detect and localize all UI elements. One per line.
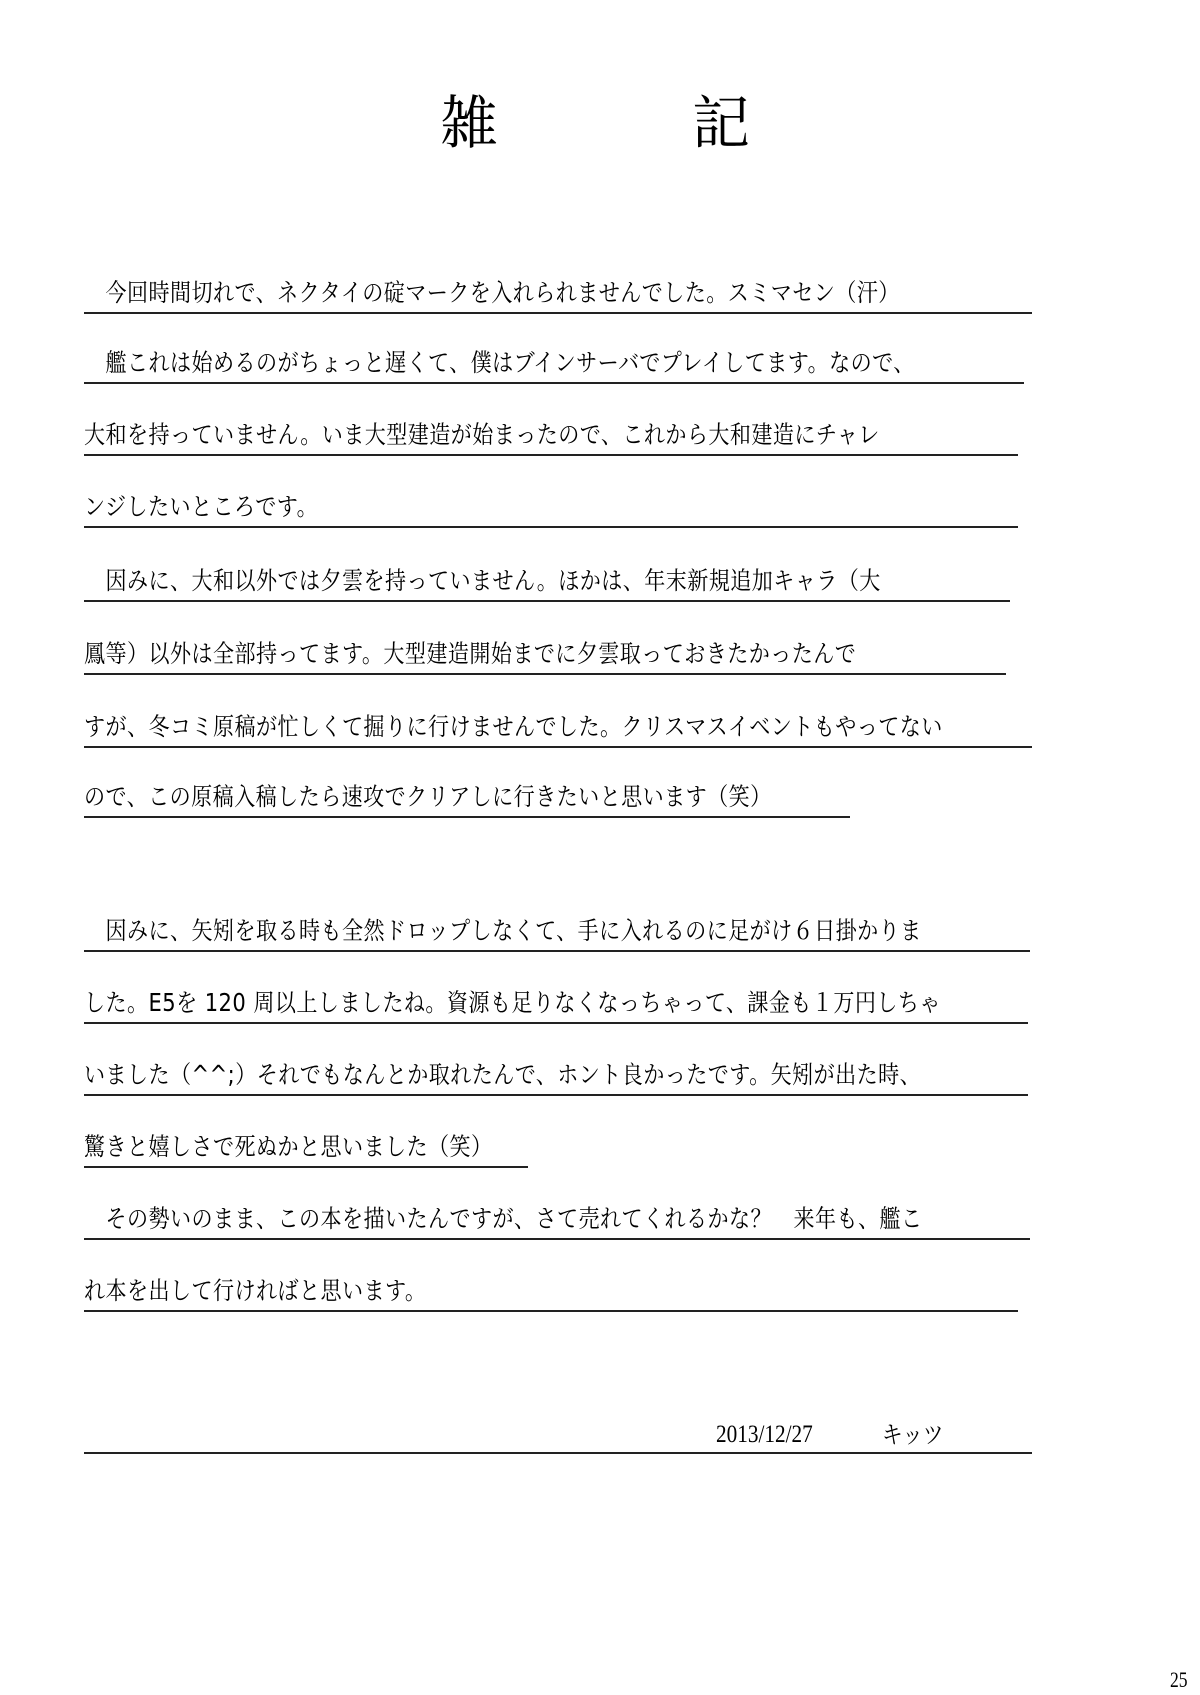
text-line: ンジしたいところです。	[84, 490, 1018, 528]
text-line-content: 鳳等）以外は全部持ってます。大型建造開始までに夕雲取っておきたかったんで	[84, 637, 877, 671]
page-title: 雑 記	[0, 88, 1200, 158]
text-line: れ本を出して行ければと思います。	[84, 1274, 1018, 1312]
text-line: 艦これは始めるのがちょっと遅くて、僕はブインサーバでプレイしてます。なので、	[84, 346, 1024, 384]
text-line: 鳳等）以外は全部持ってます。大型建造開始までに夕雲取っておきたかったんで	[84, 637, 1006, 675]
text-line: すが、冬コミ原稿が忙しくて掘りに行けませんでした。クリスマスイベントもやってない	[84, 710, 1032, 748]
signature-line: 2013/12/27 キッツ	[84, 1416, 1032, 1454]
text-line: 因みに、矢矧を取る時も全然ドロップしなくて、手に入れるのに足がけ６日掛かりま	[84, 914, 1030, 952]
text-line-content: いました（^^;）それでもなんとか取れたんで、ホント良かったです。矢矧が出た時、	[84, 1058, 896, 1092]
text-line-content: 艦これは始めるのがちょっと遅くて、僕はブインサーバでプレイしてます。なので、	[84, 346, 892, 380]
text-line-content: 因みに、大和以外では夕雲を持っていません。ほかは、年末新規追加キャラ（大	[84, 564, 880, 598]
text-line: 大和を持っていません。いま大型建造が始まったので、これから大和建造にチャレ	[84, 418, 1018, 456]
text-line: 今回時間切れで、ネクタイの碇マークを入れられませんでした。スミマセン（汗）	[84, 276, 1032, 314]
text-line: いました（^^;）それでもなんとか取れたんで、ホント良かったです。矢矧が出た時、	[84, 1058, 1028, 1096]
text-line: 驚きと嬉しさで死ぬかと思いました（笑）	[84, 1130, 528, 1168]
text-line: その勢いのまま、この本を描いたんですが、さて売れてくれるかな？ 来年も、艦こ	[84, 1202, 1030, 1240]
text-line-content: 驚きと嬉しさで死ぬかと思いました（笑）	[84, 1130, 466, 1164]
text-line-content: した。E5を 120 周以上しましたね。資源も足りなくなっちゃって、課金も１万円…	[84, 986, 896, 1020]
text-line-content: 大和を持っていません。いま大型建造が始まったので、これから大和建造にチャレ	[84, 418, 887, 452]
text-line-content: 因みに、矢矧を取る時も全然ドロップしなくて、手に入れるのに足がけ６日掛かりま	[84, 914, 898, 948]
title-char-1: 雑	[440, 88, 498, 158]
title-char-2: 記	[692, 88, 750, 158]
text-line-content: れ本を出して行ければと思います。	[84, 1274, 887, 1308]
signature-date: 2013/12/27	[716, 1420, 813, 1450]
text-line-content: ので、この原稿入稿したら速攻でクリアしに行きたいと思います（笑）	[84, 780, 743, 814]
text-line: 因みに、大和以外では夕雲を持っていません。ほかは、年末新規追加キャラ（大	[84, 564, 1010, 602]
page-number: 25	[1170, 1668, 1188, 1692]
text-line: した。E5を 120 周以上しましたね。資源も足りなくなっちゃって、課金も１万円…	[84, 986, 1028, 1024]
text-line-content: すが、冬コミ原稿が忙しくて掘りに行けませんでした。クリスマスイベントもやってない	[84, 710, 899, 744]
text-line-content: その勢いのまま、この本を描いたんですが、さて売れてくれるかな？ 来年も、艦こ	[84, 1202, 898, 1236]
text-line-content: 今回時間切れで、ネクタイの碇マークを入れられませんでした。スミマセン（汗）	[84, 276, 899, 310]
signature-author: キッツ	[882, 1420, 944, 1450]
text-line: ので、この原稿入稿したら速攻でクリアしに行きたいと思います（笑）	[84, 780, 850, 818]
text-line-content: ンジしたいところです。	[84, 490, 887, 524]
